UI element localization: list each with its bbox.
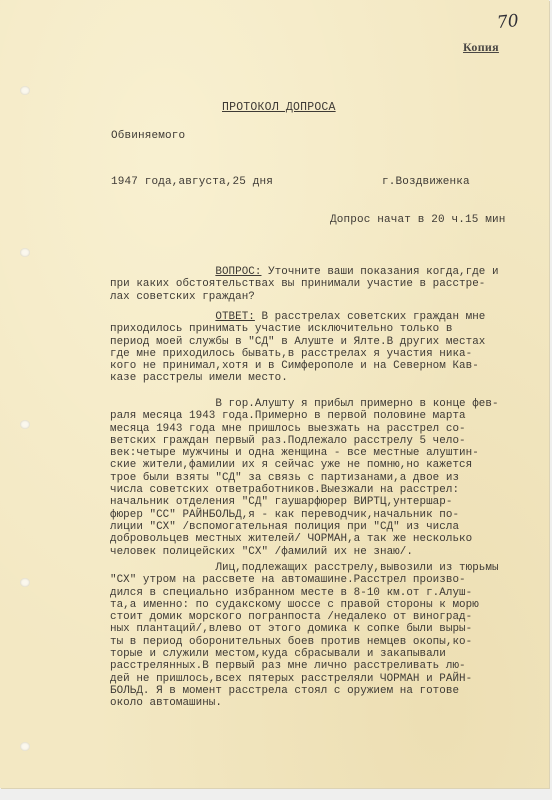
punch-hole [20,86,30,95]
paragraph-line: век:четыре мужчины и одна женщина - все … [110,447,550,459]
paragraph-line: В гор.Алушту я прибыл примерно в конце ф… [110,398,550,410]
paragraph-line: фюрер "СС" РАЙНБОЛЬД,я - как переводчик,… [110,509,550,521]
question-line: ВОПРОС: Уточните ваши показания когда,гд… [110,266,550,278]
paragraph-line: ские жители,фамилии их я сейчас уже не п… [110,459,550,471]
answer-line: приходилось принимать участие исключител… [110,323,550,335]
paragraph-line: лиции "СХ" /вспомогательная полиция при … [110,521,550,533]
paragraph-line: расстрелянных.В первый раз мне лично рас… [110,660,550,672]
answer-block: ОТВЕТ: В расстрелах советских граждан мн… [110,311,550,385]
handwritten-page-number: 70 [496,11,520,33]
paragraph-line: БОЛЬД. Я в момент расстрела стоял с оруж… [110,685,550,697]
punch-hole [20,420,30,429]
document-place: г.Воздвиженка [382,176,470,188]
paragraph-line: торые и служили местом,куда сбрасывали и… [110,648,550,660]
paragraph-line: числа советских ответработников.Выезжали… [110,484,550,496]
question-line: при каких обстоятельствах вы принимали у… [110,278,550,290]
document-page: 70 Копия ПРОТОКОЛ ДОПРОСА Обвиняемого 19… [0,0,549,788]
punch-hole [20,248,30,257]
paragraph-line: около автомашины. [110,697,550,709]
paragraph-line: добровольцев местных жителей/ ЧОРМАН,а т… [110,533,550,545]
document-date: 1947 года,августа,25 дня [111,176,273,188]
paragraph-line: ты в период оборонительных боев против н… [110,636,550,648]
paragraph-alushta-arrival: В гор.Алушту я прибыл примерно в конце ф… [110,398,550,558]
subject-label: Обвиняемого [111,130,185,142]
paragraph-execution-details: Лиц,подлежащих расстрелу,вывозили из тюр… [110,562,550,710]
answer-line: где мне приходилось бывать,в расстрелах … [110,348,550,360]
question-block: ВОПРОС: Уточните ваши показания когда,гд… [110,266,550,303]
paragraph-line: раля месяца 1943 года.Примерно в первой … [110,410,550,422]
copy-stamp: Копия [463,40,499,55]
paragraph-line: ветских граждан первый раз.Подлежало рас… [110,435,550,447]
paragraph-line: трое были взяты "СД" за связь с партизан… [110,472,550,484]
answer-line: ОТВЕТ: В расстрелах советских граждан мн… [110,311,550,323]
paragraph-line: Лиц,подлежащих расстрелу,вывозили из тюр… [110,562,550,574]
paragraph-line: "СХ" утром на рассвете на автомашине.Рас… [110,574,550,586]
punch-hole [20,578,30,587]
punch-hole [20,742,30,751]
paragraph-line: дей не пришлось,всех пятерых расстреляли… [110,673,550,685]
paragraph-line: дился в специально избранном месте в 8-1… [110,587,550,599]
document-title: ПРОТОКОЛ ДОПРОСА [222,101,336,114]
paragraph-line: начальник отделения "СД" гаушарфюрер ВИР… [110,496,550,508]
question-line: лах советских граждан? [110,291,550,303]
answer-line: казе расстрелы имели место. [110,372,550,384]
paragraph-line: ных плантаций/,влево от этого домика к с… [110,623,550,635]
paragraph-line: та,а именно: по судакскому шоссе с право… [110,599,550,611]
answer-line: кого не принимал,хотя и в Симферополе и … [110,360,550,372]
answer-label: ОТВЕТ: [215,311,255,323]
paragraph-line: человек полицейских "СХ" /фамилий их не … [110,546,550,558]
question-label: ВОПРОС: [215,266,261,278]
paragraph-line: стоит домик морского погранпоста /недале… [110,611,550,623]
answer-line: период моей службы в "СД" в Алуште и Ялт… [110,336,550,348]
paragraph-line: месяца 1943 года мне пришлось выезжать н… [110,423,550,435]
interrogation-start-time: Допрос начат в 20 ч.15 мин [330,214,506,226]
